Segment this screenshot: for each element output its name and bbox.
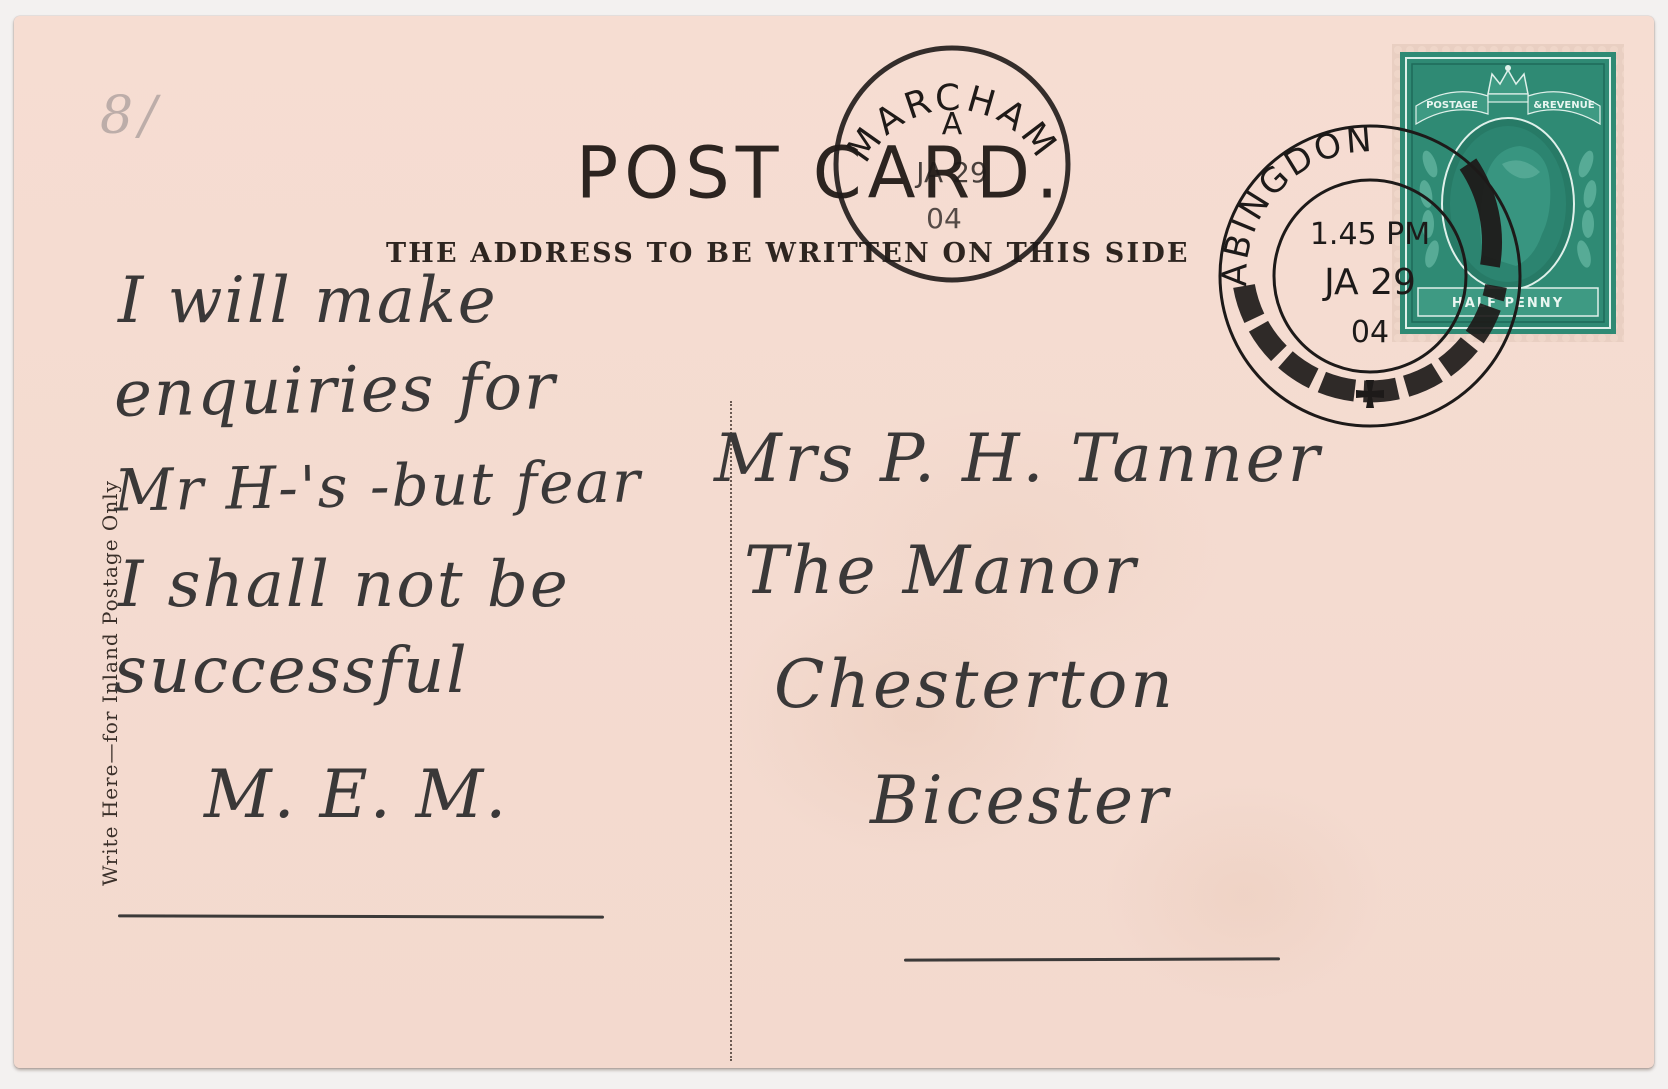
postmark-right-year: 04 <box>1351 315 1389 350</box>
card-title: POST CARD. <box>576 131 1064 215</box>
postage-stamp: POSTAGE &REVENUE <box>1392 44 1624 342</box>
message-underline <box>118 914 604 918</box>
dotted-divider <box>730 401 732 1061</box>
stamp-postage-label: POSTAGE <box>1426 100 1478 111</box>
message-line: enquiries for <box>113 350 557 432</box>
postcard: 8/ POST CARD. THE ADDRESS TO BE WRITTEN … <box>14 16 1654 1068</box>
message-line: I will make <box>118 264 498 338</box>
svg-text:ABINGDON: ABINGDON <box>1215 120 1376 287</box>
address-underline <box>904 957 1280 961</box>
pencil-note: 8/ <box>100 86 163 146</box>
message-line: Mr H-'s -but fear <box>113 447 642 524</box>
address-line: The Manor <box>744 532 1138 609</box>
message-line: I shall not be <box>118 548 570 622</box>
signature: M. E. M. <box>204 756 508 833</box>
address-line: Chesterton <box>774 646 1176 723</box>
card-subtitle: THE ADDRESS TO BE WRITTEN ON THIS SIDE <box>386 238 1190 269</box>
stamp-value-label: HALF PENNY <box>1452 296 1564 311</box>
postmark-right-town: ABINGDON <box>1215 120 1376 287</box>
address-line: Mrs P. H. Tanner <box>714 420 1322 497</box>
message-line: successful <box>114 634 469 708</box>
address-line: Bicester <box>870 762 1171 839</box>
cross-patee-icon <box>1356 380 1384 408</box>
page: 8/ POST CARD. THE ADDRESS TO BE WRITTEN … <box>0 0 1668 1089</box>
stamp-revenue-label: &REVENUE <box>1533 100 1594 111</box>
